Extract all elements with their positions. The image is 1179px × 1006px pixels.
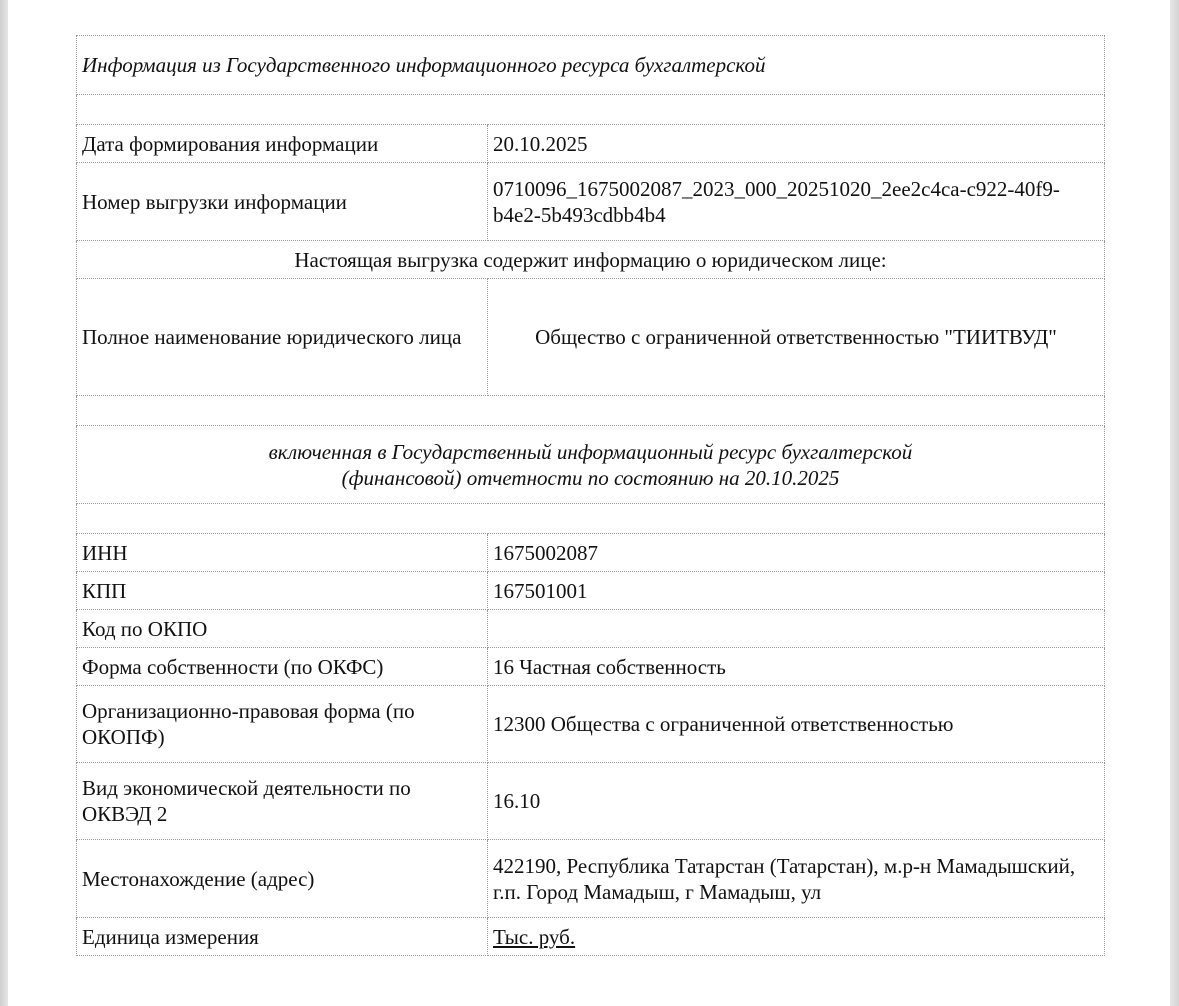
- table-row: Код по ОКПО: [77, 610, 1105, 648]
- row-value: 16.10: [488, 763, 1105, 840]
- title-row: Информация из Государственного информаци…: [77, 36, 1105, 95]
- left-page-edge: [0, 0, 8, 1006]
- spacer-row: [77, 504, 1105, 534]
- spacer-row: [77, 95, 1105, 125]
- table-row: Форма собственности (по ОКФС) 16 Частная…: [77, 648, 1105, 686]
- right-page-edge: [1170, 0, 1179, 1006]
- row-label: Дата формирования информации: [77, 125, 488, 163]
- row-value: 20.10.2025: [488, 125, 1105, 163]
- row-value: Общество с ограниченной ответственностью…: [488, 279, 1105, 396]
- entity-heading-row: Настоящая выгрузка содержит информацию о…: [77, 241, 1105, 279]
- row-value: 12300 Общества с ограниченной ответствен…: [488, 686, 1105, 763]
- row-label: Код по ОКПО: [77, 610, 488, 648]
- row-value: [488, 610, 1105, 648]
- included-note-row: включенная в Государственный информацион…: [77, 426, 1105, 504]
- table-row: Единица измерения Тыс. руб.: [77, 918, 1105, 956]
- unit-value: Тыс. руб.: [488, 918, 1105, 956]
- table-row: ИНН 1675002087: [77, 534, 1105, 572]
- row-label: Полное наименование юридического лица: [77, 279, 488, 396]
- info-table: Информация из Государственного информаци…: [76, 35, 1105, 956]
- included-note: включенная в Государственный информацион…: [77, 426, 1105, 504]
- table-row: Номер выгрузки информации 0710096_167500…: [77, 163, 1105, 241]
- table-row: Дата формирования информации 20.10.2025: [77, 125, 1105, 163]
- row-value: 167501001: [488, 572, 1105, 610]
- row-label: КПП: [77, 572, 488, 610]
- table-row: Полное наименование юридического лица Об…: [77, 279, 1105, 396]
- table-row: Вид экономической деятельности по ОКВЭД …: [77, 763, 1105, 840]
- row-label: Местонахождение (адрес): [77, 840, 488, 918]
- entity-heading: Настоящая выгрузка содержит информацию о…: [77, 241, 1105, 279]
- row-label: Вид экономической деятельности по ОКВЭД …: [77, 763, 488, 840]
- row-label: Форма собственности (по ОКФС): [77, 648, 488, 686]
- table-row: КПП 167501001: [77, 572, 1105, 610]
- row-label: Номер выгрузки информации: [77, 163, 488, 241]
- document-title: Информация из Государственного информаци…: [77, 36, 1105, 95]
- row-label: ИНН: [77, 534, 488, 572]
- row-value: 1675002087: [488, 534, 1105, 572]
- row-value: 16 Частная собственность: [488, 648, 1105, 686]
- table-row: Организационно-правовая форма (по ОКОПФ)…: [77, 686, 1105, 763]
- spacer-row: [77, 396, 1105, 426]
- table-row: Местонахождение (адрес) 422190, Республи…: [77, 840, 1105, 918]
- row-value: 422190, Республика Татарстан (Татарстан)…: [488, 840, 1105, 918]
- row-value: 0710096_1675002087_2023_000_20251020_2ee…: [488, 163, 1105, 241]
- row-label: Единица измерения: [77, 918, 488, 956]
- row-label: Организационно-правовая форма (по ОКОПФ): [77, 686, 488, 763]
